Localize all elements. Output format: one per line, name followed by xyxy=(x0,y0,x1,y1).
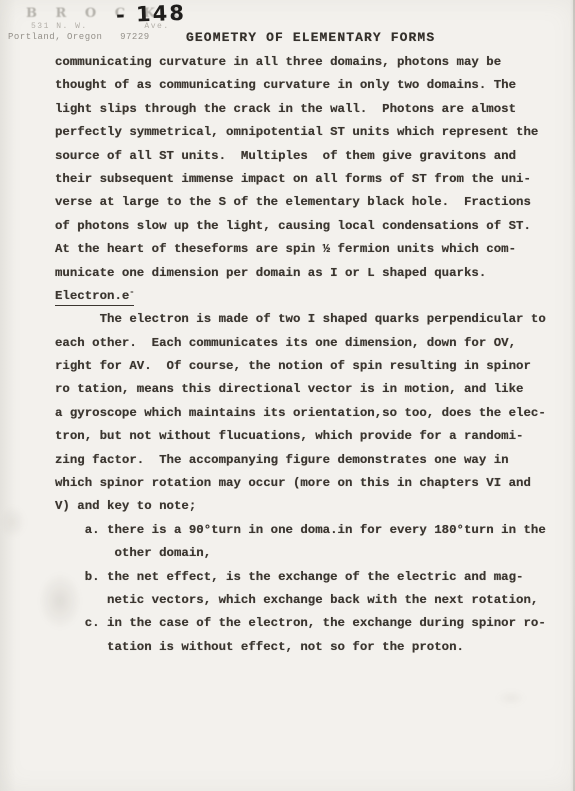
stamp-city: Portland, Oregon 97229 xyxy=(8,32,190,42)
list-item-line: other domain, xyxy=(55,542,561,565)
section-heading: Electron.e- xyxy=(55,285,134,306)
text-line: light slips through the crack in the wal… xyxy=(55,98,561,121)
text-line: perfectly symmetrical, omnipotential ST … xyxy=(55,121,561,144)
scan-smudge xyxy=(38,572,82,630)
page-body: communicating curvature in all three dom… xyxy=(55,51,561,659)
document-title: GEOMETRY OF ELEMENTARY FORMS xyxy=(186,30,435,45)
heading-text: Electron.e xyxy=(55,289,129,303)
text-line: right for AV. Of course, the notion of s… xyxy=(55,355,561,378)
list-item-line: a. there is a 90°turn in one doma.in for… xyxy=(55,519,561,542)
list-item-line: netic vectors, which exchange back with … xyxy=(55,589,561,612)
scan-smudge xyxy=(0,505,26,539)
text-line: a gyroscope which maintains its orientat… xyxy=(55,402,561,425)
text-line: source of all ST units. Multiples of the… xyxy=(55,145,561,168)
text-line: tron, but not without flucuations, which… xyxy=(55,425,561,448)
text-line: ro tation, means this directional vector… xyxy=(55,378,561,401)
scanned-document-page: B R O C K S 531 N. W. Ave. Portland, Ore… xyxy=(0,0,575,791)
text-line: each other. Each communicates its one di… xyxy=(55,332,561,355)
list-item-line: b. the net effect, is the exchange of th… xyxy=(55,566,561,589)
text-line: zing factor. The accompanying figure dem… xyxy=(55,449,561,472)
text-line: At the heart of theseforms are spin ½ fe… xyxy=(55,238,561,261)
handwritten-page-number: - 148 xyxy=(116,1,187,27)
text-line: which spinor rotation may occur (more on… xyxy=(55,472,561,495)
text-line: communicating curvature in all three dom… xyxy=(55,51,561,74)
text-line: municate one dimension per domain as I o… xyxy=(55,262,561,285)
text-line: verse at large to the S of the elementar… xyxy=(55,191,561,214)
section-heading-line: Electron.e- xyxy=(55,285,561,308)
list-item-line: tation is without effect, not so for the… xyxy=(55,636,561,659)
scan-smudge xyxy=(496,690,526,706)
text-line: The electron is made of two I shaped qua… xyxy=(55,308,561,331)
text-line: V) and key to note; xyxy=(55,495,561,518)
heading-superscript: - xyxy=(129,287,134,297)
text-line: thought of as communicating curvature in… xyxy=(55,74,561,97)
text-line: of photons slow up the light, causing lo… xyxy=(55,215,561,238)
list-item-line: c. in the case of the electron, the exch… xyxy=(55,612,561,635)
text-line: their subsequent immense impact on all f… xyxy=(55,168,561,191)
